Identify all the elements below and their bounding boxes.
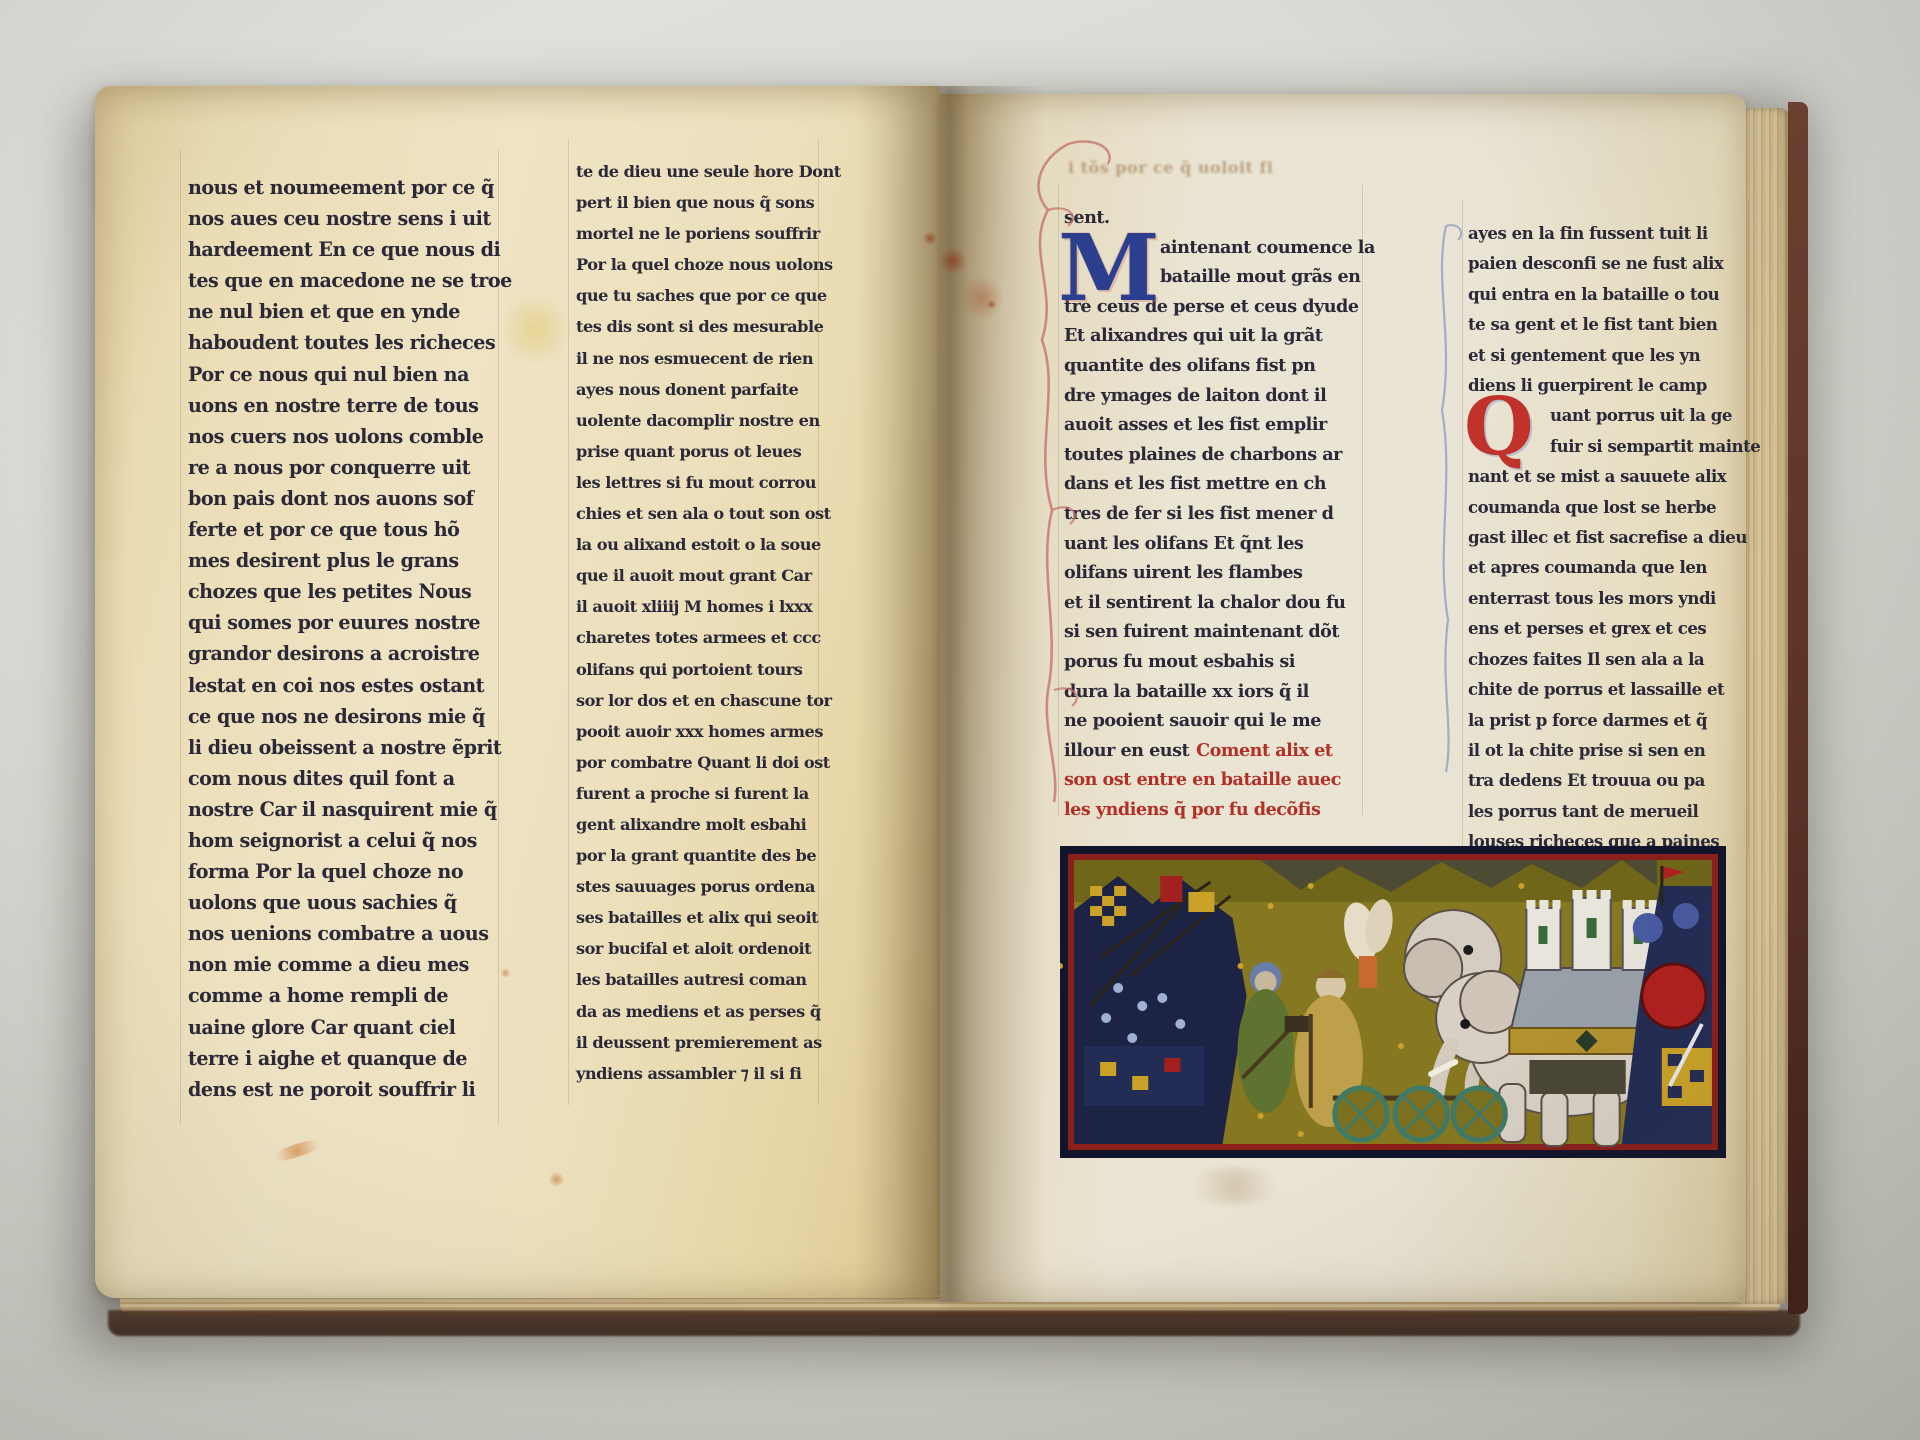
manuscript-text-line: gent alixandre molt esbahi bbox=[576, 809, 812, 840]
ruling-line bbox=[498, 150, 499, 1125]
manuscript-text-line: lestat en coi nos estes ostant bbox=[188, 670, 482, 701]
manuscript-text-line: chozes que les petites Nous bbox=[188, 576, 482, 607]
manuscript-text-line: enterrast tous les mors yndi bbox=[1468, 583, 1744, 613]
manuscript-text-line: ne nul bien et que en ynde bbox=[188, 296, 482, 327]
brazier bbox=[1285, 1016, 1309, 1032]
manuscript-text-line: ferte et por ce que tous hõ bbox=[188, 514, 482, 545]
manuscript-text-line: il deussent premierement as bbox=[576, 1027, 812, 1058]
ghost-offset-header: i tõs por ce q̃ uoloit fi bbox=[1068, 158, 1368, 177]
rubric-lines: son ost entre en bataille auecles yndien… bbox=[1064, 765, 1356, 824]
manuscript-text-line: son ost entre en bataille auec bbox=[1064, 765, 1356, 795]
manuscript-text-line: non mie comme a dieu mes bbox=[188, 949, 482, 980]
manuscript-text-line: comme a home rempli de bbox=[188, 980, 482, 1011]
manuscript-text-line: forma Por la quel choze no bbox=[188, 856, 482, 887]
manuscript-text-line: uolons que uous sachies q̃ bbox=[188, 887, 482, 918]
manuscript-text-line: hom seignorist a celui q̃ nos bbox=[188, 825, 482, 856]
manuscript-text-line: por la grant quantite des be bbox=[576, 840, 812, 871]
manuscript-text-line: il auoit xliiij M homes i lxxx bbox=[576, 591, 812, 622]
manuscript-text-line: da as mediens et as perses q̃ bbox=[576, 996, 812, 1027]
manuscript-text-line: sor lor dos et en chascune tor bbox=[576, 685, 812, 716]
manuscript-text-line: nos aues ceu nostre sens i uit bbox=[188, 203, 482, 234]
book-cover-edge bbox=[1788, 102, 1808, 1314]
manuscript-text-line: nos cuers nos uolons comble bbox=[188, 421, 482, 452]
manuscript-text-line: Et alixandres qui uit la grãt bbox=[1064, 321, 1356, 351]
manuscript-text-line: sor bucifal et aloit ordenoit bbox=[576, 933, 812, 964]
manuscript-text-line: qui entra en la bataille o tou bbox=[1468, 279, 1744, 309]
manuscript-text-line: tra dedens Et trouua ou pa bbox=[1468, 765, 1744, 795]
ruling-line bbox=[1462, 200, 1463, 850]
manuscript-text-line: mes desirent plus le grans bbox=[188, 545, 482, 576]
manuscript-text-line: toutes plaines de charbons ar bbox=[1064, 440, 1356, 470]
manuscript-text-line: qui somes por euures nostre bbox=[188, 607, 482, 638]
red-shield bbox=[1642, 964, 1706, 1028]
manuscript-text-line: gast illec et fist sacrefise a dieu bbox=[1468, 522, 1744, 552]
manuscript-text-line: quantite des olifans fist pn bbox=[1064, 351, 1356, 381]
manuscript-text-line: por combatre Quant li doi ost bbox=[576, 747, 812, 778]
manuscript-text-line: si sen fuirent maintenant dõt bbox=[1064, 617, 1356, 647]
manuscript-text-line: bon pais dont nos auons sof bbox=[188, 483, 482, 514]
manuscript-text-line: la ou alixand estoit o la soue bbox=[576, 529, 812, 560]
manuscript-text-line: ens et perses et grex et ces bbox=[1468, 613, 1744, 643]
manuscript-text-line: mortel ne le poriens souffrir bbox=[576, 218, 812, 249]
manuscript-text-line: les yndiens q̃ por fu decõfis bbox=[1064, 795, 1356, 825]
rubric-intro-black: illour en eust bbox=[1064, 740, 1189, 761]
manuscript-text-line: tes dis sont si des mesurable bbox=[576, 311, 812, 342]
red-banner bbox=[1160, 876, 1182, 902]
manuscript-text-line: terre i aighe et quanque de bbox=[188, 1043, 482, 1074]
manuscript-text-line: que il auoit mout grant Car bbox=[576, 560, 812, 591]
manuscript-text-line: chite de porrus et lassaille et bbox=[1468, 674, 1744, 704]
column-1-body-lines: tre ceus de perse et ceus dyudeEt alixan… bbox=[1064, 292, 1356, 736]
rubric-intro-line: illour en eustComent alix et bbox=[1064, 736, 1356, 766]
manuscript-text-line: stes sauuages porus ordena bbox=[576, 871, 812, 902]
manuscript-text-line: il ne nos esmuecent de rien bbox=[576, 343, 812, 374]
manuscript-text-line: et apres coumanda que len bbox=[1468, 552, 1744, 582]
manuscript-text-line: coumanda que lost se herbe bbox=[1468, 492, 1744, 522]
manuscript-text-line: paien desconfi se ne fust alix bbox=[1468, 248, 1744, 278]
manuscript-text-line: tes que en macedone ne se troe bbox=[188, 265, 482, 296]
manuscript-text-line: uaine glore Car quant ciel bbox=[188, 1012, 482, 1043]
manuscript-text-line: chozes faites Il sen ala a la bbox=[1468, 644, 1744, 674]
left-knights-group bbox=[1074, 876, 1247, 1144]
manuscript-text-line: uons en nostre terre de tous bbox=[188, 390, 482, 421]
ruling-line bbox=[1362, 185, 1363, 815]
manuscript-text-line: re a nous por conquerre uit bbox=[188, 452, 482, 483]
ruling-line bbox=[180, 150, 181, 1125]
miniature-battle-scene bbox=[1060, 846, 1726, 1158]
manuscript-text-line: dre ymages de laiton dont il bbox=[1064, 381, 1356, 411]
manuscript-text-line: charetes totes armees et ccc bbox=[576, 622, 812, 653]
manuscript-text-line: Por ce nous qui nul bien na bbox=[188, 359, 482, 390]
manuscript-text-line: ayes nous donent parfaite bbox=[576, 374, 812, 405]
manuscript-text-line: haboudent toutes les richeces bbox=[188, 327, 482, 358]
manuscript-text-line: tres de fer si les fist mener d bbox=[1064, 499, 1356, 529]
manuscript-text-line: dans et les fist mettre en ch bbox=[1064, 469, 1356, 499]
manuscript-text-line: la prist p force darmes et q̃ bbox=[1468, 705, 1744, 735]
ruling-line bbox=[568, 140, 569, 1105]
manuscript-text-line: hardeement En ce que nous di bbox=[188, 234, 482, 265]
manuscript-text-line: porus fu mout esbahis si bbox=[1064, 647, 1356, 677]
manuscript-text-line: ses batailles et alix qui seoit bbox=[576, 902, 812, 933]
manuscript-text-line: prise quant porus ot leues bbox=[576, 436, 812, 467]
right-page-column-1: sent. M aintenant coumence labataille mo… bbox=[1064, 203, 1356, 824]
manuscript-text-line: il ot la chite prise si sen en bbox=[1468, 735, 1744, 765]
left-page-column-1: nous et noumeement por ce q̃nos aues ceu… bbox=[188, 172, 482, 1105]
manuscript-text-line: les lettres si fu mout corrou bbox=[576, 467, 812, 498]
manuscript-text-line: uolente dacomplir nostre en bbox=[576, 405, 812, 436]
left-page-column-2: te de dieu une seule hore Dontpert il bi… bbox=[576, 156, 812, 1089]
manuscript-text-line: que tu saches que por ce que bbox=[576, 280, 812, 311]
manuscript-text-line: uant les olifans Et q̃nt les bbox=[1064, 529, 1356, 559]
column-2-upper-lines: ayes en la fin fussent tuit lipaien desc… bbox=[1468, 218, 1744, 400]
manuscript-text-line: pooit auoir xxx homes armes bbox=[576, 716, 812, 747]
manuscript-text-line: les porrus tant de merueil bbox=[1468, 796, 1744, 826]
manuscript-text-line: nostre Car il nasquirent mie q̃ bbox=[188, 794, 482, 825]
manuscript-text-line: et il sentirent la chalor dou fu bbox=[1064, 588, 1356, 618]
manuscript-text-line: les batailles autresi coman bbox=[576, 964, 812, 995]
chariot-wheels-group bbox=[1333, 1088, 1506, 1140]
manuscript-text-line: yndiens assambler ⁊ il si fi bbox=[576, 1058, 812, 1089]
gold-banner bbox=[1188, 892, 1214, 912]
ruling-line bbox=[1748, 200, 1749, 850]
manuscript-text-line: nos uenions combatre a uous bbox=[188, 918, 482, 949]
manuscript-text-line: chies et sen ala o tout son ost bbox=[576, 498, 812, 529]
manuscript-text-line: nous et noumeement por ce q̃ bbox=[188, 172, 482, 203]
manuscript-text-line: furent a proche si furent la bbox=[576, 778, 812, 809]
book-bottom-cover bbox=[108, 1310, 1800, 1336]
illuminated-initial-m: M bbox=[1058, 231, 1159, 306]
manuscript-text-line: ce que nos ne desirons mie q̃ bbox=[188, 701, 482, 732]
manuscript-text-line: dura la bataille xx iors q̃ il bbox=[1064, 677, 1356, 707]
manuscript-text-line: olifans uirent les flambes bbox=[1064, 558, 1356, 588]
illuminated-initial-q: Q bbox=[1464, 394, 1533, 460]
manuscript-text-line: et si gentement que les yn bbox=[1468, 340, 1744, 370]
manuscript-photo: i tõs por ce q̃ uoloit fi nous et noumee… bbox=[0, 0, 1920, 1440]
manuscript-text-line: dens est ne poroit souffrir li bbox=[188, 1074, 482, 1105]
manuscript-text-line: ayes en la fin fussent tuit li bbox=[1468, 218, 1744, 248]
right-page-column-2: ayes en la fin fussent tuit lipaien desc… bbox=[1468, 218, 1744, 857]
saddle-cloth bbox=[1529, 1060, 1625, 1094]
manuscript-text-line: auoit asses et les fist emplir bbox=[1064, 410, 1356, 440]
manuscript-text-line: te sa gent et le fist tant bien bbox=[1468, 309, 1744, 339]
initial-q-paragraph: Q uant porrus uit la gefuir si sempartit… bbox=[1468, 400, 1744, 461]
book-fore-edge bbox=[1742, 108, 1790, 1304]
manuscript-text-line: li dieu obeissent a nostre ẽprit bbox=[188, 732, 482, 763]
manuscript-text-line: Por la quel choze nous uolons bbox=[576, 249, 812, 280]
manuscript-text-line: te de dieu une seule hore Dont bbox=[576, 156, 812, 187]
manuscript-text-line: ne pooient sauoir qui le me bbox=[1064, 706, 1356, 736]
initial-m-paragraph: M aintenant coumence labataille mout grã… bbox=[1064, 233, 1356, 292]
manuscript-text-line: olifans qui portoient tours bbox=[576, 654, 812, 685]
rubric-intro-red: Coment alix et bbox=[1196, 740, 1332, 761]
column-2-lower-lines: nant et se mist a sauuete alixcoumanda q… bbox=[1468, 461, 1744, 856]
manuscript-text-line: grandor desirons a acroistre bbox=[188, 638, 482, 669]
manuscript-text-line: pert il bien que nous q̃ sons bbox=[576, 187, 812, 218]
ruling-line bbox=[818, 140, 819, 1105]
manuscript-text-line: com nous dites quil font a bbox=[188, 763, 482, 794]
